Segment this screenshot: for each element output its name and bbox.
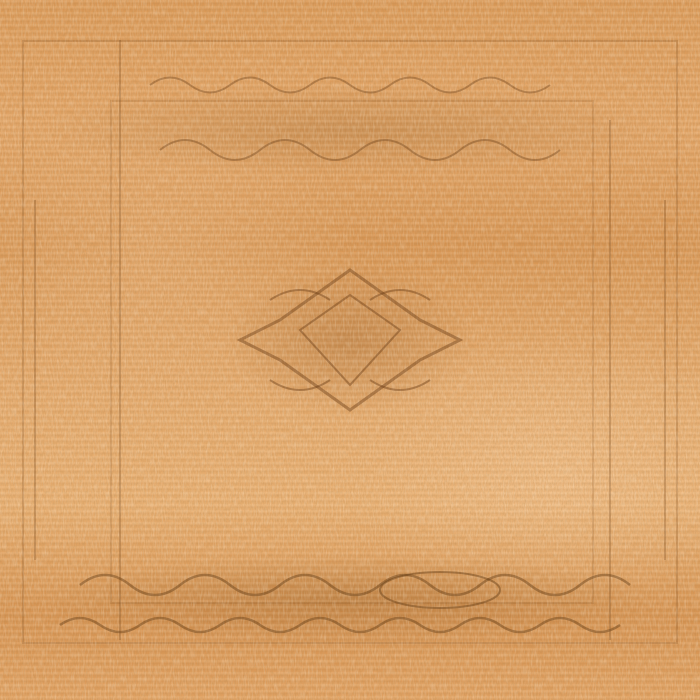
rug-image bbox=[0, 0, 700, 700]
pattern-overlay bbox=[0, 0, 700, 700]
